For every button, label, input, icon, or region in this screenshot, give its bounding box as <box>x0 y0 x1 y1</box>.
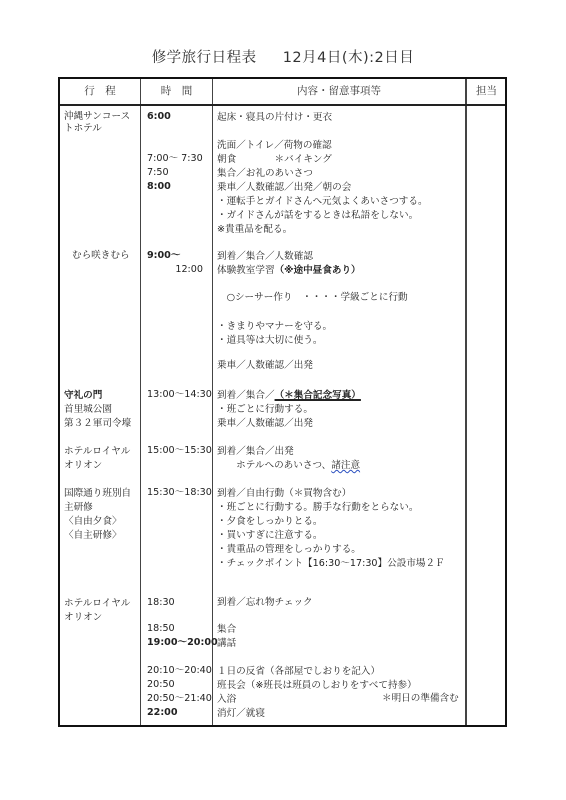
group-photo-note: （＊集合記念写真） <box>275 390 361 401</box>
header-staff: 担当 <box>466 79 507 104</box>
time-cell: 7:50 <box>147 167 169 179</box>
column-divider <box>465 79 467 725</box>
document-title: 修学旅行日程表12月4日(木):2日目 <box>0 46 566 67</box>
column-divider <box>140 79 141 725</box>
column-divider <box>212 79 213 725</box>
content-cell: 到着／自由行動（＊買物含む）・班ごとに行動する。勝手な行動をとらない。・夕食をし… <box>217 487 445 571</box>
time-cell: 13:00～14:30 <box>147 389 212 401</box>
time-cell: 20:10～20:40 <box>147 665 212 677</box>
time-cell: 15:30～18:30 <box>147 487 212 499</box>
header-itinerary: 行 程 <box>60 79 140 104</box>
time-cell: 20:50～21:40 <box>147 693 212 705</box>
content-cell: ○シーサー作り ・・・・学級ごとに行動 <box>217 292 408 304</box>
place-cell: 守礼の門首里城公園第３２軍司令壕 <box>64 389 131 431</box>
time-cell: 7:00～ 7:30 <box>147 153 203 165</box>
time-cell: 18:30 <box>147 597 175 609</box>
place-cell: ホテルロイヤルオリオン <box>64 597 130 625</box>
content-cell: 起床・寝具の片付け・更衣洗面／トイレ／荷物の確認朝食 ＊バイキング集合／お礼のあ… <box>217 111 428 237</box>
schedule-table: 行 程 時 間 内容・留意事項等 担当 沖縄サンコーストホテル 6:00 7:0… <box>58 77 507 727</box>
content-cell: ・きまりやマナーを守る。・道具等は大切に使う。 <box>217 320 332 348</box>
time-cell: 22:00 <box>147 707 178 719</box>
time-cell: 6:00 <box>147 111 171 123</box>
header-divider <box>60 104 505 106</box>
time-cell: 15:00～15:30 <box>147 445 212 457</box>
time-cell: 8:00 <box>147 181 171 193</box>
content-cell: 乗車／人数確認／出発 <box>217 360 313 372</box>
place-cell: ホテルロイヤルオリオン <box>64 445 130 473</box>
time-cell: 20:50 <box>147 679 175 691</box>
content-cell: 集合講話 <box>217 623 236 651</box>
title-main: 修学旅行日程表 <box>152 50 257 66</box>
time-cell: 12:00 <box>147 264 203 276</box>
place-cell: 沖縄サンコーストホテル <box>64 111 130 136</box>
title-date: 12月4日(木):2日目 <box>283 50 415 66</box>
time-cell: 19:00～20:00 <box>147 637 218 649</box>
time-cell: 9:00～ <box>147 250 180 262</box>
prep-note: ＊明日の準備含む <box>382 693 459 705</box>
header-time: 時 間 <box>141 79 212 104</box>
place-cell: むら咲きむら <box>72 250 130 262</box>
content-cell: 到着／集合／（＊集合記念写真）・班ごとに行動する。乗車／人数確認／出発 <box>217 389 361 431</box>
content-cell: 到着／集合／人数確認体験教室学習（※途中昼食あり） <box>217 250 361 278</box>
content-cell: 到着／忘れ物チェック <box>217 597 313 609</box>
place-cell: 国際通り班別自主研修〈自由夕食〉〈自主研修〉 <box>64 487 131 543</box>
precautions-note: 諸注意 <box>331 460 360 471</box>
content-cell: 到着／集合／出発 ホテルへのあいさつ、諸注意 <box>217 445 360 473</box>
header-content: 内容・留意事項等 <box>213 79 465 104</box>
time-cell: 18:50 <box>147 623 175 635</box>
